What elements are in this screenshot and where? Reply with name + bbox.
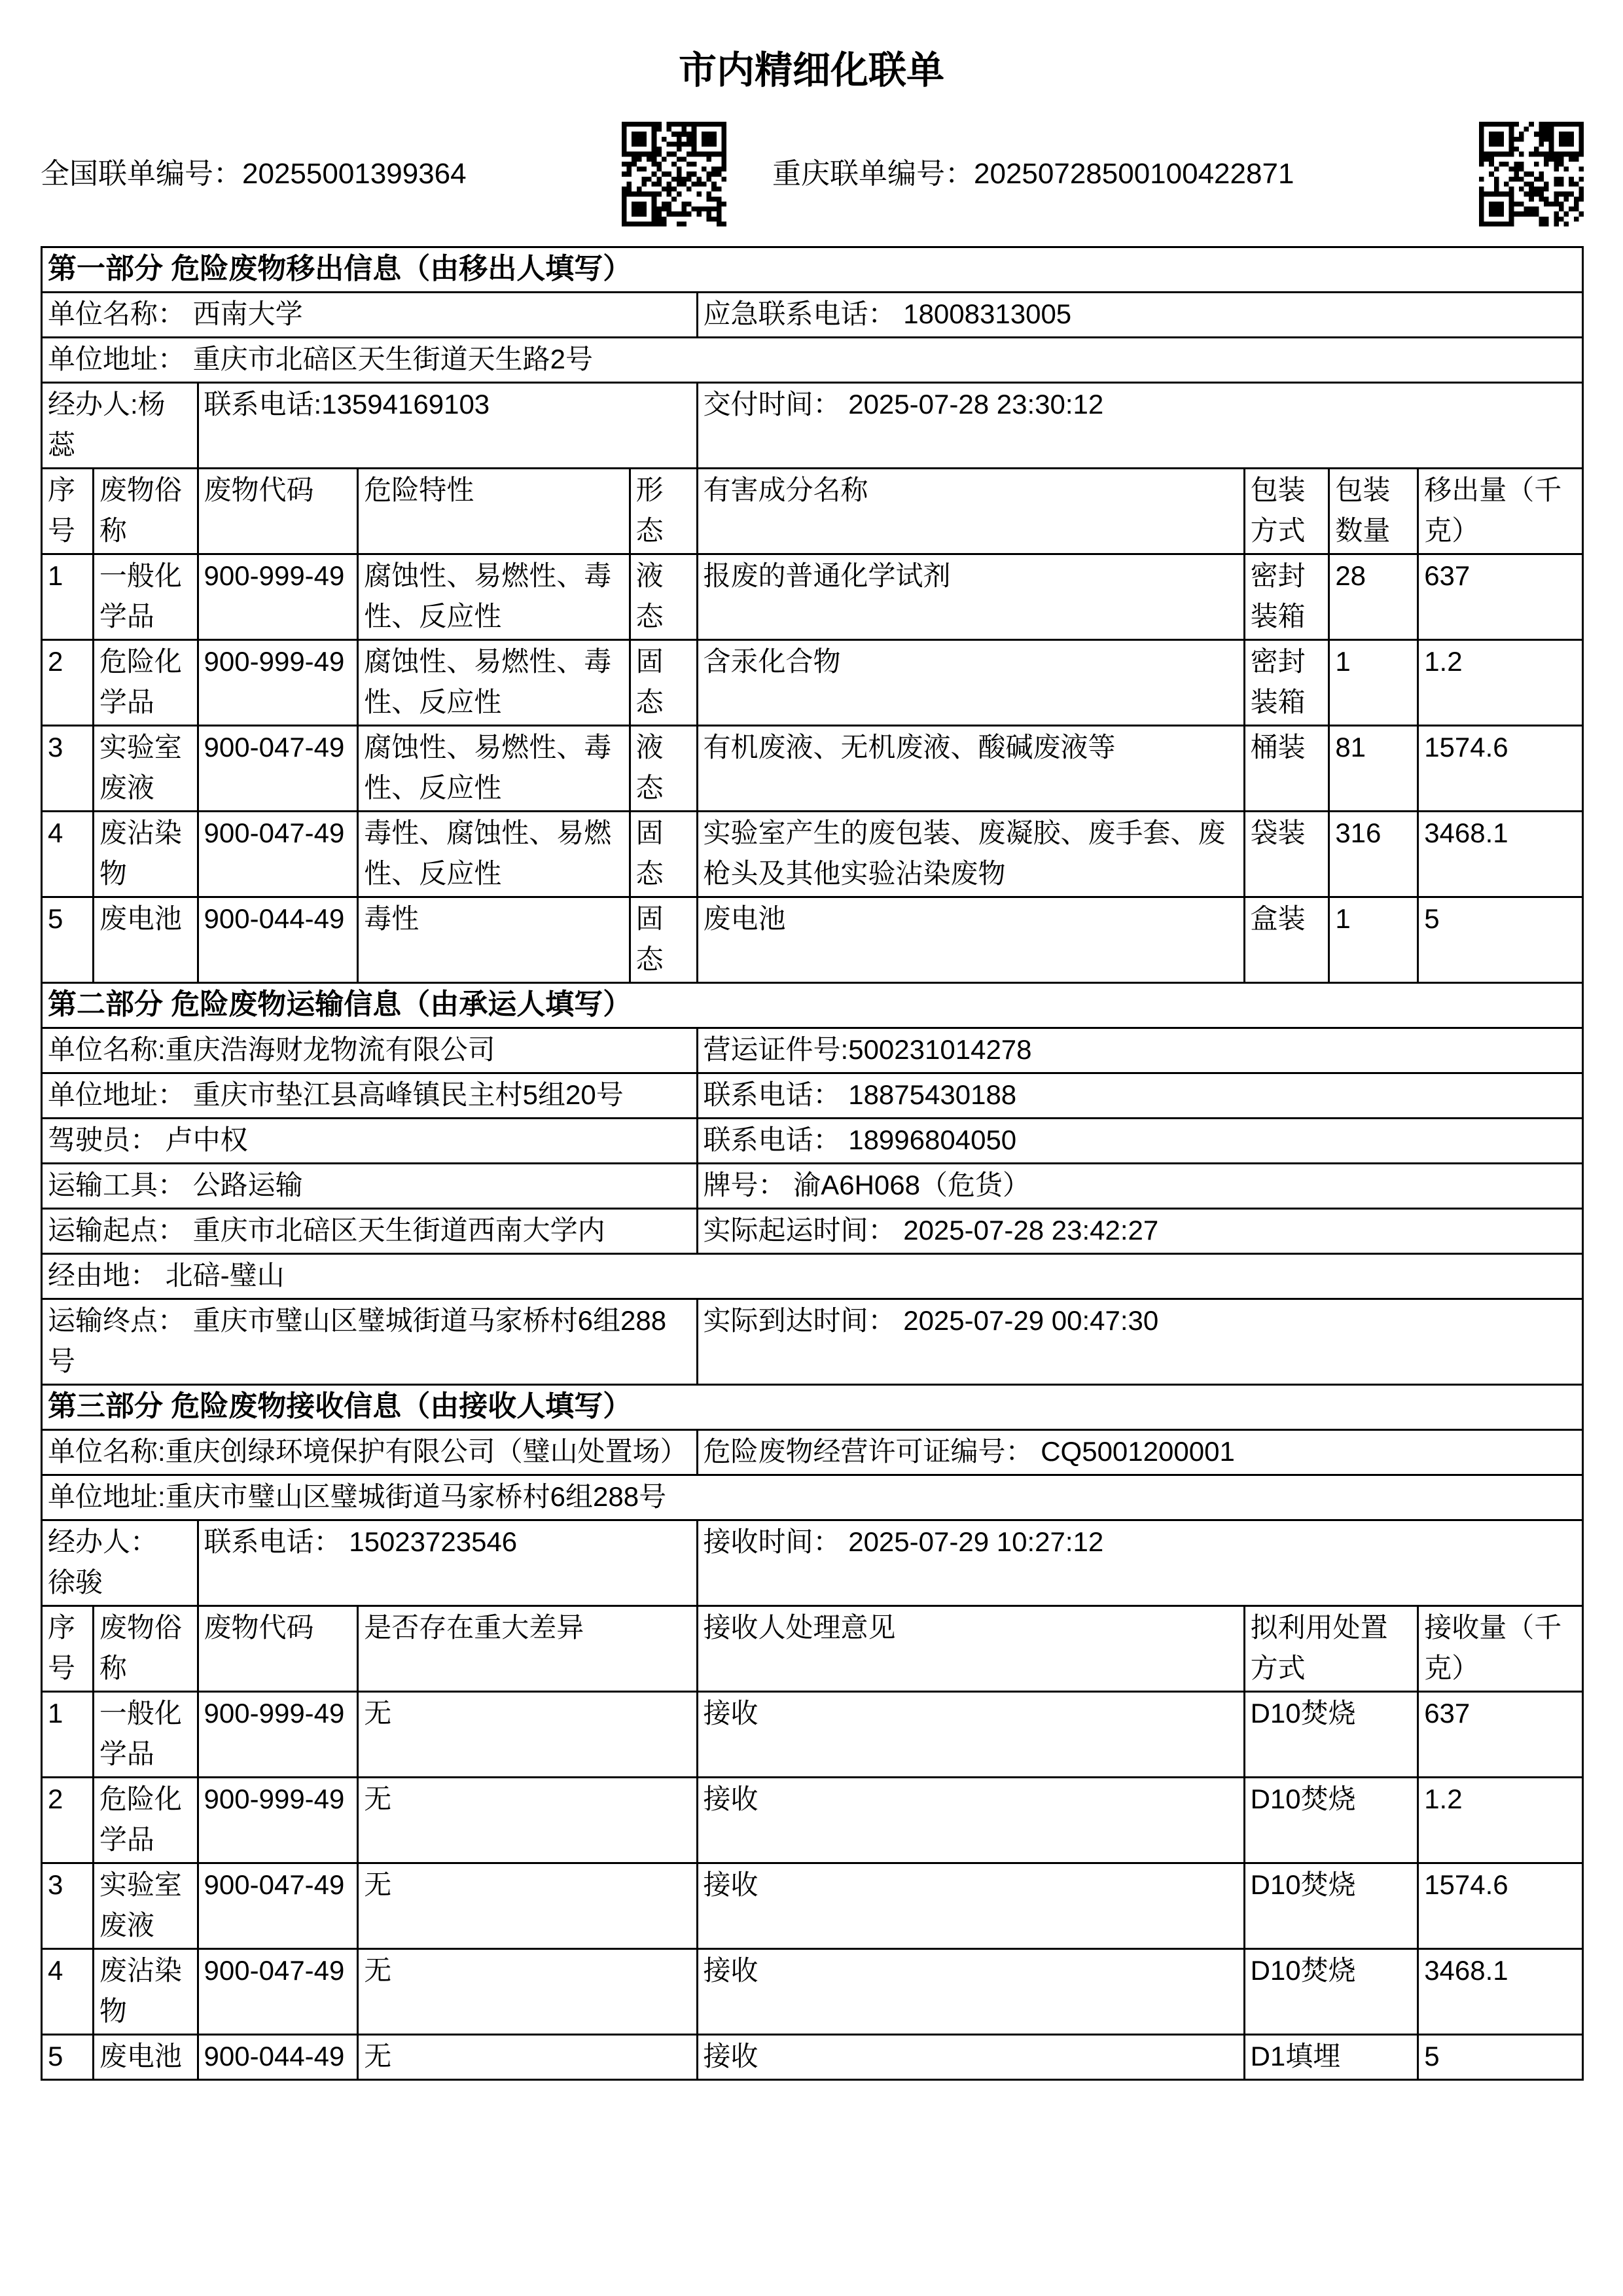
part2-via: 经由地： 北碚-璧山 — [42, 1254, 1583, 1299]
table-cell: 3468.1 — [1418, 1949, 1583, 2035]
table-cell: 1574.6 — [1418, 1863, 1583, 1949]
part3-permit-no: 危险废物经营许可证编号： CQ5001200001 — [697, 1430, 1582, 1475]
part2-depart-time: 实际起运时间： 2025-07-28 23:42:27 — [697, 1209, 1582, 1254]
table-cell: 废电池 — [93, 2035, 198, 2080]
table-cell: 无 — [358, 1692, 697, 1778]
column-header: 移出量（千克） — [1418, 469, 1583, 554]
column-header: 废物俗称 — [93, 469, 198, 554]
table-cell: 1 — [42, 554, 94, 640]
qr-code-icon — [1479, 122, 1584, 226]
info-row: 单位名称： 西南大学 应急联系电话： 18008313005 — [42, 293, 1583, 338]
part2-address-phone: 联系电话： 18875430188 — [697, 1073, 1582, 1119]
table-cell: 900-999-49 — [198, 1692, 358, 1778]
national-manifest-no: 全国联单编号：20255001399364 — [41, 156, 622, 192]
qr-code-icon — [622, 122, 726, 226]
table-cell: 81 — [1329, 726, 1418, 812]
table-cell: 废电池 — [697, 897, 1244, 983]
table-cell: 1.2 — [1418, 1778, 1583, 1863]
table-cell: 腐蚀性、易燃性、毒性、反应性 — [358, 726, 630, 812]
part1-deliver-time: 交付时间： 2025-07-28 23:30:12 — [697, 383, 1582, 469]
table-cell: 接收 — [697, 1863, 1244, 1949]
table-cell: 无 — [358, 1863, 697, 1949]
info-row: 单位地址： 重庆市垫江县高峰镇民主村5组20号 联系电话： 1887543018… — [42, 1073, 1583, 1119]
manifest-codes-row: 全国联单编号：20255001399364 重庆联单编号：20250728500… — [41, 122, 1584, 226]
column-header: 废物代码 — [198, 469, 358, 554]
table-cell: 腐蚀性、易燃性、毒性、反应性 — [358, 554, 630, 640]
table-cell: 实验室产生的废包装、废凝胶、废手套、废枪头及其他实验沾染废物 — [697, 812, 1244, 897]
table-cell: 实验室废液 — [93, 726, 198, 812]
info-row: 运输工具： 公路运输 牌号： 渝A6H068（危货） — [42, 1164, 1583, 1209]
table-cell: 5 — [42, 897, 94, 983]
city-manifest-number: 20250728500100422871 — [974, 158, 1294, 190]
waste-table-header-row: 序号废物俗称废物代码是否存在重大差异接收人处理意见拟利用处置方式接收量（千克） — [42, 1606, 1583, 1692]
table-cell: 900-047-49 — [198, 726, 358, 812]
table-cell: 900-044-49 — [198, 2035, 358, 2080]
table-cell: 1574.6 — [1418, 726, 1583, 812]
part2-plate-no: 牌号： 渝A6H068（危货） — [697, 1164, 1582, 1209]
table-cell: 实验室废液 — [93, 1863, 198, 1949]
table-cell: 637 — [1418, 1692, 1583, 1778]
table-cell: 袋装 — [1244, 812, 1329, 897]
waste-table-row: 5废电池900-044-49无接收D1填埋5 — [42, 2035, 1583, 2080]
info-row: 驾驶员： 卢中权 联系电话： 18996804050 — [42, 1119, 1583, 1164]
column-header: 废物代码 — [198, 1606, 358, 1692]
table-cell: 含汞化合物 — [697, 640, 1244, 726]
table-cell: 腐蚀性、易燃性、毒性、反应性 — [358, 640, 630, 726]
table-cell: 固态 — [630, 812, 697, 897]
table-cell: 1.2 — [1418, 640, 1583, 726]
part3-receive-time: 接收时间： 2025-07-29 10:27:12 — [697, 1520, 1582, 1606]
table-cell: 废沾染物 — [93, 1949, 198, 2035]
column-header: 废物俗称 — [93, 1606, 198, 1692]
table-cell: 桶装 — [1244, 726, 1329, 812]
part3-unit-name: 单位名称:重庆创绿环境保护有限公司（璧山处置场） — [42, 1430, 698, 1475]
part1-emergency-phone: 应急联系电话： 18008313005 — [697, 293, 1582, 338]
table-cell: 4 — [42, 1949, 94, 2035]
national-manifest-label: 全国联单编号： — [41, 158, 242, 190]
manifest-page: { "title": "市内精细化联单", "colors": { "text"… — [0, 0, 1623, 2296]
column-header: 接收量（千克） — [1418, 1606, 1583, 1692]
part1-unit-name: 单位名称： 西南大学 — [42, 293, 698, 338]
table-cell: 毒性 — [358, 897, 630, 983]
part2-driver-phone: 联系电话： 18996804050 — [697, 1119, 1582, 1164]
part3-agent: 经办人： 徐骏 — [42, 1520, 198, 1606]
part2-section-header: 第二部分 危险废物运输信息（由承运人填写） — [42, 983, 1583, 1028]
national-manifest-number: 20255001399364 — [242, 158, 467, 190]
city-manifest-no: 重庆联单编号：20250728500100422871 — [772, 156, 1294, 192]
info-row: 单位名称:重庆创绿环境保护有限公司（璧山处置场） 危险废物经营许可证编号： CQ… — [42, 1430, 1583, 1475]
part2-unit-address: 单位地址： 重庆市垫江县高峰镇民主村5组20号 — [42, 1073, 698, 1119]
column-header: 是否存在重大差异 — [358, 1606, 697, 1692]
waste-table-row: 4废沾染物900-047-49毒性、腐蚀性、易燃性、反应性固态实验室产生的废包装… — [42, 812, 1583, 897]
table-cell: 5 — [42, 2035, 94, 2080]
table-cell: 3 — [42, 1863, 94, 1949]
table-cell: 接收 — [697, 1692, 1244, 1778]
table-cell: 一般化学品 — [93, 1692, 198, 1778]
city-manifest-label: 重庆联单编号： — [772, 158, 974, 190]
table-cell: 接收 — [697, 1949, 1244, 2035]
waste-table-row: 4废沾染物900-047-49无接收D10焚烧3468.1 — [42, 1949, 1583, 2035]
table-cell: 无 — [358, 2035, 697, 2080]
waste-table-row: 5废电池900-044-49毒性固态废电池盒装15 — [42, 897, 1583, 983]
table-cell: 一般化学品 — [93, 554, 198, 640]
page-title: 市内精细化联单 — [0, 48, 1623, 93]
info-row: 经由地： 北碚-璧山 — [42, 1254, 1583, 1299]
waste-table-row: 3实验室废液900-047-49无接收D10焚烧1574.6 — [42, 1863, 1583, 1949]
column-header: 包装数量 — [1329, 469, 1418, 554]
table-cell: 危险化学品 — [93, 640, 198, 726]
section-header-row: 第三部分 危险废物接收信息（由接收人填写） — [42, 1385, 1583, 1430]
table-cell: 900-047-49 — [198, 812, 358, 897]
table-cell: 900-999-49 — [198, 640, 358, 726]
table-cell: 28 — [1329, 554, 1418, 640]
table-cell: 无 — [358, 1778, 697, 1863]
table-cell: 2 — [42, 640, 94, 726]
waste-table-row: 1一般化学品900-999-49无接收D10焚烧637 — [42, 1692, 1583, 1778]
waste-table-row: 3实验室废液900-047-49腐蚀性、易燃性、毒性、反应性液态有机废液、无机废… — [42, 726, 1583, 812]
column-header: 拟利用处置方式 — [1244, 1606, 1418, 1692]
table-cell: 废沾染物 — [93, 812, 198, 897]
table-cell: 危险化学品 — [93, 1778, 198, 1863]
info-row: 单位地址： 重庆市北碚区天生街道天生路2号 — [42, 338, 1583, 383]
table-cell: D10焚烧 — [1244, 1692, 1418, 1778]
waste-table-header-row: 序号废物俗称废物代码危险特性形态有害成分名称包装方式包装数量移出量（千克） — [42, 469, 1583, 554]
table-cell: 900-044-49 — [198, 897, 358, 983]
table-cell: 3 — [42, 726, 94, 812]
part3-unit-address: 单位地址:重庆市璧山区璧城街道马家桥村6组288号 — [42, 1475, 1583, 1520]
table-cell: 废电池 — [93, 897, 198, 983]
info-row: 运输终点： 重庆市璧山区璧城街道马家桥村6组288号 实际到达时间： 2025-… — [42, 1299, 1583, 1385]
table-cell: 1 — [42, 1692, 94, 1778]
part2-license-no: 营运证件号:500231014278 — [697, 1028, 1582, 1073]
column-header: 危险特性 — [358, 469, 630, 554]
waste-table-row: 2危险化学品900-999-49无接收D10焚烧1.2 — [42, 1778, 1583, 1863]
table-cell: 报废的普通化学试剂 — [697, 554, 1244, 640]
table-cell: 接收 — [697, 2035, 1244, 2080]
table-cell: 固态 — [630, 897, 697, 983]
column-header: 有害成分名称 — [697, 469, 1244, 554]
column-header: 形态 — [630, 469, 697, 554]
table-cell: 637 — [1418, 554, 1583, 640]
info-row: 运输起点： 重庆市北碚区天生街道西南大学内 实际起运时间： 2025-07-28… — [42, 1209, 1583, 1254]
table-cell: D10焚烧 — [1244, 1778, 1418, 1863]
table-cell: 900-999-49 — [198, 1778, 358, 1863]
table-cell: 316 — [1329, 812, 1418, 897]
table-cell: 固态 — [630, 640, 697, 726]
table-cell: 有机废液、无机废液、酸碱废液等 — [697, 726, 1244, 812]
part1-section-header: 第一部分 危险废物移出信息（由移出人填写） — [42, 247, 1583, 293]
table-cell: 2 — [42, 1778, 94, 1863]
table-cell: 900-047-49 — [198, 1863, 358, 1949]
table-cell: D10焚烧 — [1244, 1863, 1418, 1949]
part3-agent-phone: 联系电话： 15023723546 — [198, 1520, 697, 1606]
table-cell: D1填埋 — [1244, 2035, 1418, 2080]
part2-origin: 运输起点： 重庆市北碚区天生街道西南大学内 — [42, 1209, 698, 1254]
waste-table-row: 1一般化学品900-999-49腐蚀性、易燃性、毒性、反应性液态报废的普通化学试… — [42, 554, 1583, 640]
part2-transport-mode: 运输工具： 公路运输 — [42, 1164, 698, 1209]
part2-driver: 驾驶员： 卢中权 — [42, 1119, 698, 1164]
table-cell: 1 — [1329, 897, 1418, 983]
table-cell: 900-999-49 — [198, 554, 358, 640]
table-cell: 接收 — [697, 1778, 1244, 1863]
table-cell: 4 — [42, 812, 94, 897]
column-header: 包装方式 — [1244, 469, 1329, 554]
info-row: 单位名称:重庆浩海财龙物流有限公司 营运证件号:500231014278 — [42, 1028, 1583, 1073]
info-row: 经办人： 徐骏 联系电话： 15023723546 接收时间： 2025-07-… — [42, 1520, 1583, 1606]
part3-section-header: 第三部分 危险废物接收信息（由接收人填写） — [42, 1385, 1583, 1430]
table-cell: 900-047-49 — [198, 1949, 358, 2035]
part2-unit-name: 单位名称:重庆浩海财龙物流有限公司 — [42, 1028, 698, 1073]
section-header-row: 第一部分 危险废物移出信息（由移出人填写） — [42, 247, 1583, 293]
table-cell: 3468.1 — [1418, 812, 1583, 897]
table-cell: 密封装箱 — [1244, 554, 1329, 640]
table-cell: 密封装箱 — [1244, 640, 1329, 726]
part2-destination: 运输终点： 重庆市璧山区璧城街道马家桥村6组288号 — [42, 1299, 698, 1385]
part2-arrive-time: 实际到达时间： 2025-07-29 00:47:30 — [697, 1299, 1582, 1385]
waste-table-row: 2危险化学品900-999-49腐蚀性、易燃性、毒性、反应性固态含汞化合物密封装… — [42, 640, 1583, 726]
table-cell: 5 — [1418, 2035, 1583, 2080]
manifest-table: 第一部分 危险废物移出信息（由移出人填写） 单位名称： 西南大学 应急联系电话：… — [41, 246, 1584, 2081]
table-cell: 5 — [1418, 897, 1583, 983]
part1-unit-address: 单位地址： 重庆市北碚区天生街道天生路2号 — [42, 338, 1583, 383]
part1-agent-phone: 联系电话:13594169103 — [198, 383, 697, 469]
table-cell: 无 — [358, 1949, 697, 2035]
column-header: 序号 — [42, 1606, 94, 1692]
table-cell: 毒性、腐蚀性、易燃性、反应性 — [358, 812, 630, 897]
info-row: 经办人:杨蕊 联系电话:13594169103 交付时间： 2025-07-28… — [42, 383, 1583, 469]
column-header: 接收人处理意见 — [697, 1606, 1244, 1692]
table-cell: 液态 — [630, 554, 697, 640]
table-cell: D10焚烧 — [1244, 1949, 1418, 2035]
table-cell: 1 — [1329, 640, 1418, 726]
section-header-row: 第二部分 危险废物运输信息（由承运人填写） — [42, 983, 1583, 1028]
table-cell: 盒装 — [1244, 897, 1329, 983]
info-row: 单位地址:重庆市璧山区璧城街道马家桥村6组288号 — [42, 1475, 1583, 1520]
column-header: 序号 — [42, 469, 94, 554]
table-cell: 液态 — [630, 726, 697, 812]
part1-agent: 经办人:杨蕊 — [42, 383, 198, 469]
